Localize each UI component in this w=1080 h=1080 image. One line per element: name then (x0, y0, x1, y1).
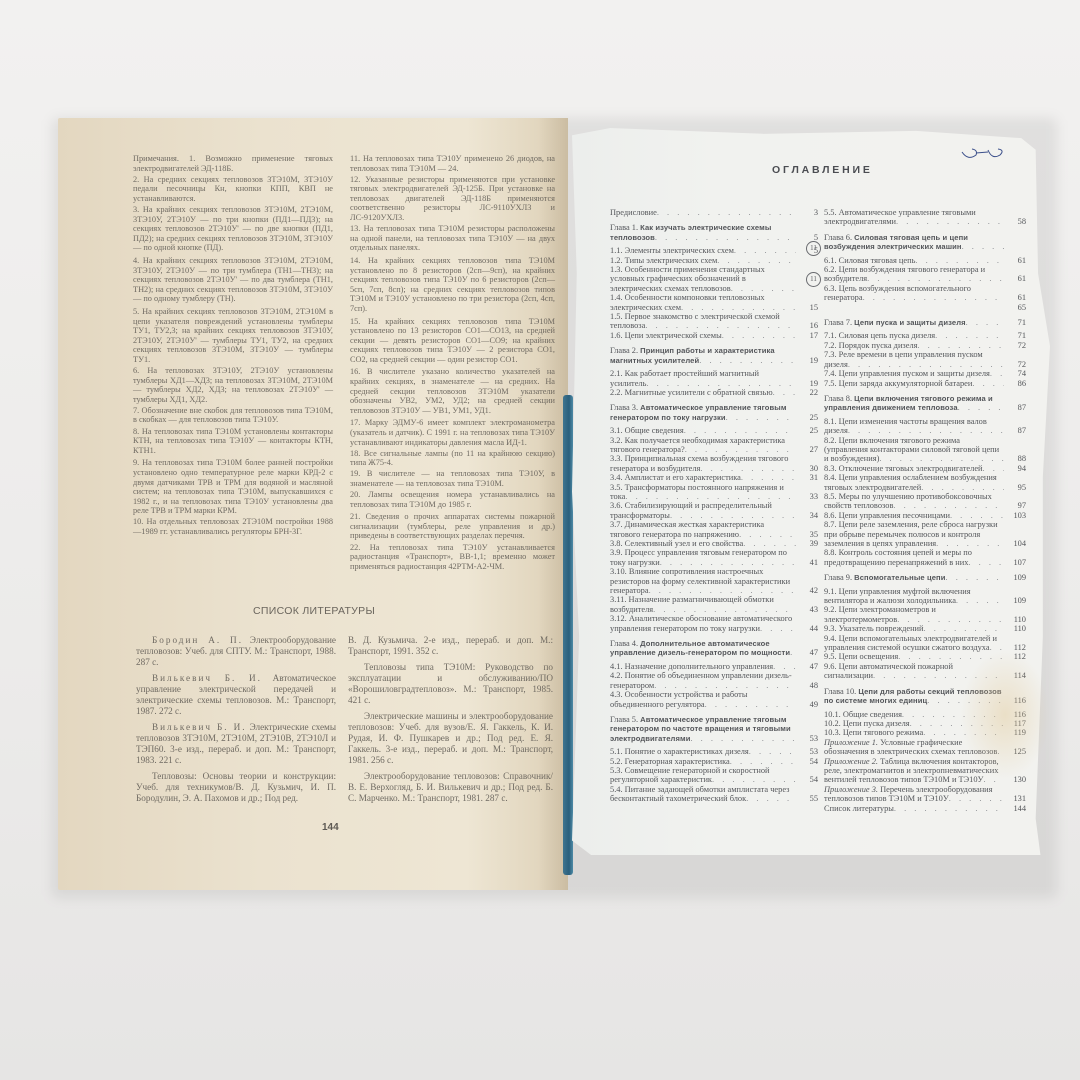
toc-entry-text: 9.3. Указатель повреждений (824, 624, 1004, 633)
toc-entry[interactable]: Глава 7. Цепи пуска и защиты дизеля71 (824, 318, 1026, 327)
note-item: 15. На крайних секциях тепловозов типа Т… (350, 317, 555, 365)
toc-entry-text: 3.12. Аналитическое обоснование автомати… (610, 614, 796, 633)
note-item: 4. На крайних секциях тепловозов 3ТЭ10М,… (133, 256, 333, 304)
toc-page-number: 49 (796, 700, 818, 709)
left-page: Примечания. 1. Возможно применение тягов… (58, 118, 568, 890)
note-item: 21. Сведения о прочих аппаратах системы … (350, 512, 555, 541)
toc-entry-text: Глава 7. Цепи пуска и защиты дизеля (824, 318, 1004, 327)
toc-entry[interactable]: 8.1. Цепи изменения частоты вращения вал… (824, 417, 1026, 436)
toc-entry-text: 1.5. Первое знакомство с электрической с… (610, 312, 796, 331)
toc-entry-title: 7.5. Цепи заряда аккумуляторной батареи (824, 379, 972, 388)
toc-page-number: 61 (1004, 256, 1026, 265)
toc-page-number: 71 (1004, 331, 1026, 340)
toc-entry-title: 3.12. Аналитическое обоснование автомати… (610, 614, 792, 632)
toc-entry[interactable]: 9.1. Цепи управления муфтой включения ве… (824, 587, 1026, 606)
toc-entry-title: Предисловие (610, 208, 657, 217)
note-item: 16. В числителе указано количество указа… (350, 367, 555, 415)
literature-entry: Тепловозы: Основы теории и конструкции: … (136, 771, 336, 804)
toc-entry[interactable]: 7.4. Цепи управления пуском и защиты диз… (824, 369, 1026, 378)
note-item: 17. Марку ЭДМУ-6 имеет комплект электром… (350, 418, 555, 447)
toc-entry-title: 8.7. Цепи реле заземления, реле сброса н… (824, 520, 998, 548)
toc-entry-title: 3.10. Влияние сопротивления настроечных … (610, 567, 790, 595)
toc-entry-text: 5.5. Автоматическое управление тяговыми … (824, 208, 1004, 227)
toc-entry-title: 3.2. Как получается необходимая характер… (610, 436, 785, 454)
toc-entry-prefix: Приложение 1. (824, 738, 878, 747)
toc-entry[interactable]: 2.1. Как работает простейший магнитный у… (610, 369, 818, 388)
toc-entry-prefix: Приложение 2. (824, 757, 878, 766)
toc-entry[interactable]: 3.3. Принципиальная схема возбуждения тя… (610, 454, 818, 473)
literature-author: Бородин А. П. (152, 635, 243, 645)
toc-entry-text: 7.3. Реле времени в цепи управления пуск… (824, 350, 1004, 369)
toc-entry[interactable]: 5.4. Питание задающей обмотки амплистата… (610, 785, 818, 804)
literature-text: В. Д. Кузьмича. 2-е изд., перераб. и доп… (348, 635, 553, 656)
toc-entry[interactable]: 7.5. Цепи заряда аккумуляторной батареи8… (824, 379, 1026, 388)
toc-entry[interactable]: 3.2. Как получается необходимая характер… (610, 436, 818, 455)
toc-entry-title: 1.2. Типы электрических схем (610, 256, 717, 265)
toc-page-number: 48 (796, 681, 818, 690)
toc-entry[interactable]: 5.3. Совмещение генераторной и скоростно… (610, 766, 818, 785)
toc-entry-text: 7.5. Цепи заряда аккумуляторной батареи (824, 379, 1004, 388)
toc-page-number: 87 (1004, 403, 1026, 412)
note-item: 5. На крайних секциях тепловозов 3ТЭ10М,… (133, 307, 333, 365)
toc-entry-title: 7.2. Порядок пуска дизеля (824, 341, 917, 350)
toc-entry-title: 7.3. Реле времени в цепи управления пуск… (824, 350, 983, 368)
toc-entry-text: 8.6. Цепи управления песочницами (824, 511, 1004, 520)
notes-column-1: Примечания. 1. Возможно применение тягов… (133, 154, 333, 538)
literature-text: Тепловозы типа ТЭ10М: Руководство по экс… (348, 662, 553, 705)
toc-entry[interactable]: 3.9. Процесс управления тяговым генерато… (610, 548, 818, 567)
toc-title: ОГЛАВЛЕНИЕ (772, 164, 873, 176)
note-item: 2. На средних секциях тепловозов 3ТЭ10М,… (133, 175, 333, 204)
toc-entry-title: 3.7. Динамическая жесткая характеристика… (610, 520, 764, 538)
toc-entry-text: 8.7. Цепи реле заземления, реле сброса н… (824, 520, 1004, 548)
toc-entry[interactable]: 3.11. Назначение размагничивающей обмотк… (610, 595, 818, 614)
toc-entry-title: 3.4. Амплистат и его характеристика (610, 473, 741, 482)
toc-entry-text: Глава 2. Принцип работы и характеристика… (610, 346, 796, 365)
toc-entry-title: Дополнительное автоматическое управление… (610, 639, 790, 657)
toc-page-number: 65 (1004, 303, 1026, 312)
toc-entry[interactable]: Предисловие3 (610, 208, 818, 217)
toc-entry-text: 8.3. Отключение тяговых электродвигателе… (824, 464, 1004, 473)
toc-entry[interactable]: Приложение 3. Перечень электрооборудован… (824, 785, 1026, 804)
toc-entry[interactable]: 2.2. Магнитные усилители с обратной связ… (610, 388, 818, 397)
toc-entry-title: 1.6. Цепи электрической схемы (610, 331, 722, 340)
toc-entry-title: 9.5. Цепи освещения (824, 652, 898, 661)
notes-column-2: 11. На тепловозах типа ТЭ10У применено 2… (350, 154, 555, 573)
toc-entry-text: 8.2. Цепи включения тягового режима (упр… (824, 436, 1004, 464)
literature-entry: Электрооборудование тепловозов: Справочн… (348, 771, 553, 804)
toc-page-number: 34 (796, 511, 818, 520)
toc-entry-prefix: Глава 5. (610, 715, 638, 724)
toc-page-number: 47 (796, 648, 818, 657)
toc-page-number: 103 (1004, 511, 1026, 520)
toc-entry-text: 3.3. Принципиальная схема возбуждения тя… (610, 454, 796, 473)
toc-entry-title: 1.1. Элементы электрических схем (610, 246, 734, 255)
toc-entry-text: Глава 6. Силовая тяговая цепь и цепи воз… (824, 233, 1004, 252)
toc-entry[interactable]: 4.3. Особенности устройства и работы объ… (610, 690, 818, 709)
toc-page-number: 15 (796, 303, 818, 312)
toc-entry[interactable]: 4.2. Понятие об объединенном управлении … (610, 671, 818, 690)
toc-page-number: 104 (1004, 539, 1026, 548)
toc-entry-prefix: Глава 6. (824, 233, 852, 242)
toc-entry[interactable]: 5.5. Автоматическое управление тяговыми … (824, 208, 1026, 227)
toc-entry[interactable]: 8.8. Контроль состояния цепей и меры по … (824, 548, 1026, 567)
toc-page-number: 110 (1004, 624, 1026, 633)
toc-entry[interactable]: 8.6. Цепи управления песочницами103 (824, 511, 1026, 520)
note-item: 22. На тепловозах типа ТЭ10У устанавлива… (350, 543, 555, 572)
toc-entry[interactable]: 8.2. Цепи включения тягового режима (упр… (824, 436, 1026, 464)
page-number: 144 (322, 822, 339, 833)
toc-entry[interactable]: 5.1. Понятие о характеристиках дизеля53 (610, 747, 818, 756)
toc-entry-text: 3.9. Процесс управления тяговым генерато… (610, 548, 796, 567)
toc-page-number: 109 (1004, 573, 1026, 582)
toc-page-number: 33 (796, 492, 818, 501)
toc-entry[interactable]: 8.5. Меры по улучшению противобоксовочны… (824, 492, 1026, 511)
toc-page-number: 72 (1004, 341, 1026, 350)
toc-page-number: 35 (796, 530, 818, 539)
toc-entry-text: 3.11. Назначение размагничивающей обмотк… (610, 595, 796, 614)
note-item: 10. На отдельных тепловозах 2ТЭ10М постр… (133, 517, 333, 536)
toc-entry-text: 3.2. Как получается необходимая характер… (610, 436, 796, 455)
toc-entry[interactable]: 4.1. Назначение дополнительного управлен… (610, 662, 818, 671)
toc-entry-prefix: Глава 7. (824, 318, 852, 327)
toc-entry[interactable]: Глава 5. Автоматическое управление тягов… (610, 715, 818, 743)
toc-page-number: 3 (796, 208, 818, 217)
literature-entry: Бородин А. П. Электрооборудование теплов… (136, 635, 336, 668)
toc-entry-title: 9.2. Цепи электроманометров и электротер… (824, 605, 936, 623)
toc-page-number: 74 (1004, 369, 1026, 378)
note-item: 3. На крайних секциях тепловозов 3ТЭ10М,… (133, 205, 333, 253)
toc-entry[interactable]: 3.12. Аналитическое обоснование автомати… (610, 614, 818, 633)
toc-entry[interactable]: 3.8. Селективный узел и его свойства39 (610, 539, 818, 548)
toc-entry-title: 6.1. Силовая тяговая цепь (824, 256, 915, 265)
toc-entry-text: 2.2. Магнитные усилители с обратной связ… (610, 388, 796, 397)
toc-entry-title: 8.8. Контроль состояния цепей и меры по … (824, 548, 972, 566)
toc-page-number: 47 (796, 662, 818, 671)
toc-entry-text: 9.2. Цепи электроманометров и электротер… (824, 605, 1004, 624)
note-item: 8. На тепловозах типа ТЭ10М установлены … (133, 427, 333, 456)
toc-entry-title: 1.4. Особенности компоновки тепловозных … (610, 293, 765, 311)
toc-entry-text: 1.2. Типы электрических схем (610, 256, 796, 265)
toc-entry-title: 6.2. Цепи возбуждения тягового генератор… (824, 265, 985, 283)
toc-page-number: 41 (796, 558, 818, 567)
note-item: 20. Лампы освещения номера устанавливали… (350, 490, 555, 509)
note-item: 19. В числителе — на тепловозах типа ТЭ1… (350, 469, 555, 488)
toc-entry-text: 6.3. Цепь возбуждения вспомогательного г… (824, 284, 1004, 303)
toc-entry-title: 6.3. Цепь возбуждения вспомогательного г… (824, 284, 971, 302)
toc-entry[interactable]: 8.7. Цепи реле заземления, реле сброса н… (824, 520, 1026, 548)
toc-page-number: 22 (796, 388, 818, 397)
toc-entry[interactable]: Глава 6. Силовая тяговая цепь и цепи воз… (824, 233, 1026, 252)
toc-entry[interactable]: 1.4. Особенности компоновки тепловозных … (610, 293, 818, 312)
toc-entry-prefix: Глава 8. (824, 394, 852, 403)
toc-page-number: 71 (1004, 318, 1026, 327)
toc-entry[interactable]: Глава 3. Автоматическое управление тягов… (610, 403, 818, 422)
toc-entry[interactable]: 5.2. Генераторная характеристика54 (610, 757, 818, 766)
toc-entry-title: 10.1. Общие сведения (824, 710, 902, 719)
toc-entry-text: Приложение 3. Перечень электрооборудован… (824, 785, 1004, 804)
toc-entry-text: 1.4. Особенности компоновки тепловозных … (610, 293, 796, 312)
toc-entry-title: 8.1. Цепи изменения частоты вращения вал… (824, 417, 987, 435)
toc-page-number: 53 (796, 734, 818, 743)
note-item: 7. Обозначение вне скобок для тепловозов… (133, 406, 333, 425)
toc-entry-title: 5.4. Питание задающей обмотки амплистата… (610, 785, 789, 803)
literature-entry: В. Д. Кузьмича. 2-е изд., перераб. и доп… (348, 635, 553, 657)
toc-entry-title: 3.11. Назначение размагничивающей обмотк… (610, 595, 774, 613)
toc-entry-text: Глава 8. Цепи включения тягового режима … (824, 394, 1004, 413)
toc-entry[interactable]: 1.1. Элементы электрических схем5 (610, 246, 818, 255)
toc-entry[interactable]: 7.2. Порядок пуска дизеля72 (824, 341, 1026, 350)
toc-entry-title: 5.3. Совмещение генераторной и скоростно… (610, 766, 770, 784)
toc-entry[interactable]: 7.1. Силовая цепь пуска дизеля71 (824, 331, 1026, 340)
book-spine (563, 395, 573, 875)
toc-entry-title: 8.3. Отключение тяговых электродвигателе… (824, 464, 983, 473)
toc-entry[interactable]: 1.6. Цепи электрической схемы17 (610, 331, 818, 340)
toc-entry-prefix: Приложение 3. (824, 785, 878, 794)
toc-entry[interactable]: Глава 4. Дополнительное автоматическое у… (610, 639, 818, 658)
toc-page-number: 25 (796, 426, 818, 435)
toc-entry-text: 1.3. Особенности применения стандартных … (610, 265, 796, 293)
toc-entry-title: 9.6. Цепи автоматической пожарной сигнал… (824, 662, 953, 680)
toc-entry-text: 8.1. Цепи изменения частоты вращения вал… (824, 417, 1004, 436)
toc-page-number: 42 (796, 586, 818, 595)
toc-entry[interactable]: 8.3. Отключение тяговых электродвигателе… (824, 464, 1026, 473)
toc-entry-text: 2.1. Как работает простейший магнитный у… (610, 369, 796, 388)
toc-entry: 65 (824, 303, 1026, 312)
toc-page-number: 16 (796, 321, 818, 330)
toc-entry-text: 8.5. Меры по улучшению противобоксовочны… (824, 492, 1004, 511)
toc-page-number: 61 (1004, 274, 1026, 283)
toc-entry-text: 1.1. Элементы электрических схем (610, 246, 796, 255)
toc-page-number: 94 (1004, 464, 1026, 473)
toc-page-number: 95 (1004, 483, 1026, 492)
note-item: 13. На тепловозах типа ТЭ10М резисторы р… (350, 224, 555, 253)
handwritten-mark-icon (960, 146, 1008, 162)
toc-entry-title: 7.4. Цепи управления пуском и защиты диз… (824, 369, 990, 378)
toc-page-number: 19 (796, 379, 818, 388)
toc-entry-prefix: Глава 10. (824, 687, 856, 696)
toc-entry[interactable]: 6.2. Цепи возбуждения тягового генератор… (824, 265, 1026, 284)
toc-page-number: 86 (1004, 379, 1026, 388)
toc-page-number: 97 (1004, 501, 1026, 510)
note-item: 9. На тепловозах типа ТЭ10М более ранней… (133, 458, 333, 516)
toc-entry[interactable]: 7.3. Реле времени в цепи управления пуск… (824, 350, 1026, 369)
toc-entry-text: 6.2. Цепи возбуждения тягового генератор… (824, 265, 1004, 284)
toc-entry-text: 8.8. Контроль состояния цепей и меры по … (824, 548, 1004, 567)
toc-entry[interactable]: Глава 8. Цепи включения тягового режима … (824, 394, 1026, 413)
toc-entry-title: Цепи пуска и защиты дизеля (854, 318, 966, 327)
toc-entry-text: 4.2. Понятие об объединенном управлении … (610, 671, 796, 690)
toc-page-number: 58 (1004, 217, 1026, 226)
toc-entry-text: 7.1. Силовая цепь пуска дизеля (824, 331, 1004, 340)
toc-entry-text: 3.1. Общие сведения (610, 426, 796, 435)
toc-entry-title: Список литературы (824, 804, 894, 813)
note-item: 11. На тепловозах типа ТЭ10У применено 2… (350, 154, 555, 173)
toc-entry-text: Глава 1. Как изучать электрические схемы… (610, 223, 796, 242)
toc-entry[interactable]: 9.3. Указатель повреждений110 (824, 624, 1026, 633)
toc-entry-title: 4.3. Особенности устройства и работы объ… (610, 690, 747, 708)
toc-entry-title: 9.1. Цепи управления муфтой включения ве… (824, 587, 971, 605)
toc-entry-text: Предисловие (610, 208, 796, 217)
toc-entry-title: 3.1. Общие сведения (610, 426, 684, 435)
toc-entry-text: 5.2. Генераторная характеристика (610, 757, 796, 766)
literature-entry: Тепловозы типа ТЭ10М: Руководство по экс… (348, 662, 553, 706)
toc-entry-text: 3.7. Динамическая жесткая характеристика… (610, 520, 796, 539)
toc-page-number: 27 (796, 445, 818, 454)
toc-entry-title: 8.4. Цепи управления ослаблением возбужд… (824, 473, 997, 491)
literature-text: Электрические машины и электрооборудован… (348, 711, 553, 765)
toc-entry-title: 3.6. Стабилизирующий и распределительный… (610, 501, 772, 519)
literature-text: Электрооборудование тепловозов: Справочн… (348, 771, 553, 803)
literature-entry: Электрические машины и электрооборудован… (348, 711, 553, 766)
toc-entry-text: Список литературы (824, 804, 1004, 813)
toc-entry-title: 8.6. Цепи управления песочницами (824, 511, 950, 520)
toc-entry-title: 8.2. Цепи включения тягового режима (упр… (824, 436, 999, 464)
toc-entry-title: 9.3. Указатель повреждений (824, 624, 924, 633)
toc-entry-text: 3.10. Влияние сопротивления настроечных … (610, 567, 796, 595)
literature-column-2: В. Д. Кузьмича. 2-е изд., перераб. и доп… (348, 635, 553, 809)
toc-page-number: 144 (1004, 804, 1026, 813)
toc-entry-title: 3.8. Селективный узел и его свойства (610, 539, 743, 548)
toc-entry-title: 8.5. Меры по улучшению противобоксовочны… (824, 492, 992, 510)
toc-entry-prefix: Глава 3. (610, 403, 638, 412)
circled-page-mark: 11 (806, 272, 821, 287)
toc-entry-title: 10.2. Цепи пуска дизеля (824, 719, 910, 728)
toc-page-number: 54 (796, 775, 818, 784)
literature-column-1: Бородин А. П. Электрооборудование теплов… (136, 635, 336, 809)
toc-entry-text: 5.4. Питание задающей обмотки амплистата… (610, 785, 796, 804)
paper-stain (960, 650, 1050, 780)
toc-entry-text: 5.3. Совмещение генераторной и скоростно… (610, 766, 796, 785)
toc-page-number: 131 (1004, 794, 1026, 803)
toc-page-number: 44 (796, 624, 818, 633)
toc-entry-text: 1.6. Цепи электрической схемы (610, 331, 796, 340)
toc-entry-text: 4.1. Назначение дополнительного управлен… (610, 662, 796, 671)
toc-page-number: 53 (796, 747, 818, 756)
toc-entry-title: 1.5. Первое знакомство с электрической с… (610, 312, 780, 330)
literature-author: Вилькевич Б. И. (152, 673, 262, 683)
toc-entry[interactable]: 3.6. Стабилизирующий и распределительный… (610, 501, 818, 520)
toc-entry-text: 4.3. Особенности устройства и работы объ… (610, 690, 796, 709)
toc-entry[interactable]: 9.2. Цепи электроманометров и электротер… (824, 605, 1026, 624)
toc-entry-prefix: Глава 4. (610, 639, 638, 648)
literature-title: СПИСОК ЛИТЕРАТУРЫ (253, 605, 375, 617)
toc-entry-text: Глава 4. Дополнительное автоматическое у… (610, 639, 796, 658)
toc-entry-text: 3.4. Амплистат и его характеристика (610, 473, 796, 482)
literature-entry: Вилькевич Б. И. Электрические схемы тепл… (136, 722, 336, 766)
toc-page-number: 61 (1004, 293, 1026, 302)
toc-entry-prefix: Глава 1. (610, 223, 638, 232)
toc-entry[interactable]: 1.2. Типы электрических схем (610, 256, 818, 265)
note-item: 6. На тепловозах 3ТЭ10У, 2ТЭ10У установл… (133, 366, 333, 404)
toc-entry-text: 7.4. Цепи управления пуском и защиты диз… (824, 369, 1004, 378)
toc-entry-title: 7.1. Силовая цепь пуска дизеля (824, 331, 935, 340)
toc-entry-title: 5.5. Автоматическое управление тяговыми … (824, 208, 976, 226)
toc-entry[interactable]: 3.7. Динамическая жесткая характеристика… (610, 520, 818, 539)
toc-page-number: 107 (1004, 558, 1026, 567)
toc-page-number: 39 (796, 539, 818, 548)
toc-entry-text: Глава 9. Вспомогательные цепи (824, 573, 1004, 582)
note-item: Примечания. 1. Возможно применение тягов… (133, 154, 333, 173)
toc-page-number: 43 (796, 605, 818, 614)
toc-entry[interactable]: Глава 1. Как изучать электрические схемы… (610, 223, 818, 242)
toc-entry-title: 2.2. Магнитные усилители с обратной связ… (610, 388, 773, 397)
toc-page-number: 88 (1004, 454, 1026, 463)
toc-entry-title: 10.3. Цепи тягового режима (824, 728, 923, 737)
toc-page-number: 19 (796, 356, 818, 365)
literature-text: Тепловозы: Основы теории и конструкции: … (136, 771, 336, 803)
toc-entry-title: Вспомогательные цепи (854, 573, 945, 582)
toc-entry-title: 3.9. Процесс управления тяговым генерато… (610, 548, 787, 566)
toc-entry[interactable]: Список литературы144 (824, 804, 1026, 813)
toc-entry[interactable]: 1.5. Первое знакомство с электрической с… (610, 312, 818, 331)
toc-entry-title: 1.3. Особенности применения стандартных … (610, 265, 765, 293)
toc-entry-text: 8.4. Цепи управления ослаблением возбужд… (824, 473, 1004, 492)
toc-entry[interactable]: 1.3. Особенности применения стандартных … (610, 265, 818, 293)
toc-entry-text: 5.1. Понятие о характеристиках дизеля (610, 747, 796, 756)
toc-page-number: 55 (796, 794, 818, 803)
toc-entry-title: 4.2. Понятие об объединенном управлении … (610, 671, 792, 689)
toc-entry[interactable]: 3.10. Влияние сопротивления настроечных … (610, 567, 818, 595)
toc-page-number: 25 (796, 413, 818, 422)
toc-entry-prefix: Глава 2. (610, 346, 638, 355)
toc-entry[interactable]: 3.4. Амплистат и его характеристика31 (610, 473, 818, 482)
toc-entry-title: 5.1. Понятие о характеристиках дизеля (610, 747, 749, 756)
circled-page-mark: 11 (806, 241, 821, 256)
toc-entry[interactable]: Глава 2. Принцип работы и характеристика… (610, 346, 818, 365)
toc-page-number: 72 (1004, 360, 1026, 369)
toc-entry-text: Глава 5. Автоматическое управление тягов… (610, 715, 796, 743)
toc-entry-title: 5.2. Генераторная характеристика (610, 757, 730, 766)
toc-entry-title: 3.5. Трансформаторы постоянного напряжен… (610, 483, 784, 501)
toc-entry[interactable]: 6.3. Цепь возбуждения вспомогательного г… (824, 284, 1026, 303)
toc-page-number: 30 (796, 464, 818, 473)
toc-entry[interactable]: 8.4. Цепи управления ослаблением возбужд… (824, 473, 1026, 492)
toc-entry-text: 3.6. Стабилизирующий и распределительный… (610, 501, 796, 520)
toc-entry-text: Глава 3. Автоматическое управление тягов… (610, 403, 796, 422)
literature-author: Вилькевич Б. И. (152, 722, 247, 732)
toc-page-number: 17 (796, 331, 818, 340)
toc-entry-title: 2.1. Как работает простейший магнитный у… (610, 369, 759, 387)
toc-entry-text: 3.8. Селективный узел и его свойства (610, 539, 796, 548)
toc-entry[interactable]: 6.1. Силовая тяговая цепь61 (824, 256, 1026, 265)
toc-entry[interactable]: 3.1. Общие сведения25 (610, 426, 818, 435)
toc-entry-title: 3.3. Принципиальная схема возбуждения тя… (610, 454, 788, 472)
note-item: 14. На крайних секциях тепловозов типа Т… (350, 256, 555, 314)
toc-column-1: Предисловие3Глава 1. Как изучать электри… (610, 208, 818, 804)
toc-page-number: 54 (796, 757, 818, 766)
toc-page-number: 109 (1004, 596, 1026, 605)
note-item: 18. Все сигнальные лампы (по 11 на крайн… (350, 449, 555, 468)
toc-entry-title: 4.1. Назначение дополнительного управлен… (610, 662, 773, 671)
toc-entry[interactable]: Глава 9. Вспомогательные цепи109 (824, 573, 1026, 582)
toc-page-number: 87 (1004, 426, 1026, 435)
toc-entry-prefix: Глава 9. (824, 573, 852, 582)
toc-entry-text: 7.2. Порядок пуска дизеля (824, 341, 1004, 350)
toc-entry-title: Автоматическое управление тяговым генера… (610, 715, 791, 743)
toc-entry-text: 3.5. Трансформаторы постоянного напряжен… (610, 483, 796, 502)
literature-entry: Вилькевич Б. И. Автоматическое управлени… (136, 673, 336, 717)
toc-entry-text: 6.1. Силовая тяговая цепь (824, 256, 1004, 265)
toc-page-number: 110 (1004, 615, 1026, 624)
toc-entry[interactable]: 3.5. Трансформаторы постоянного напряжен… (610, 483, 818, 502)
toc-page-number: 31 (796, 473, 818, 482)
toc-entry-text: 9.1. Цепи управления муфтой включения ве… (824, 587, 1004, 606)
note-item: 12. Указанные резисторы применяются при … (350, 175, 555, 223)
